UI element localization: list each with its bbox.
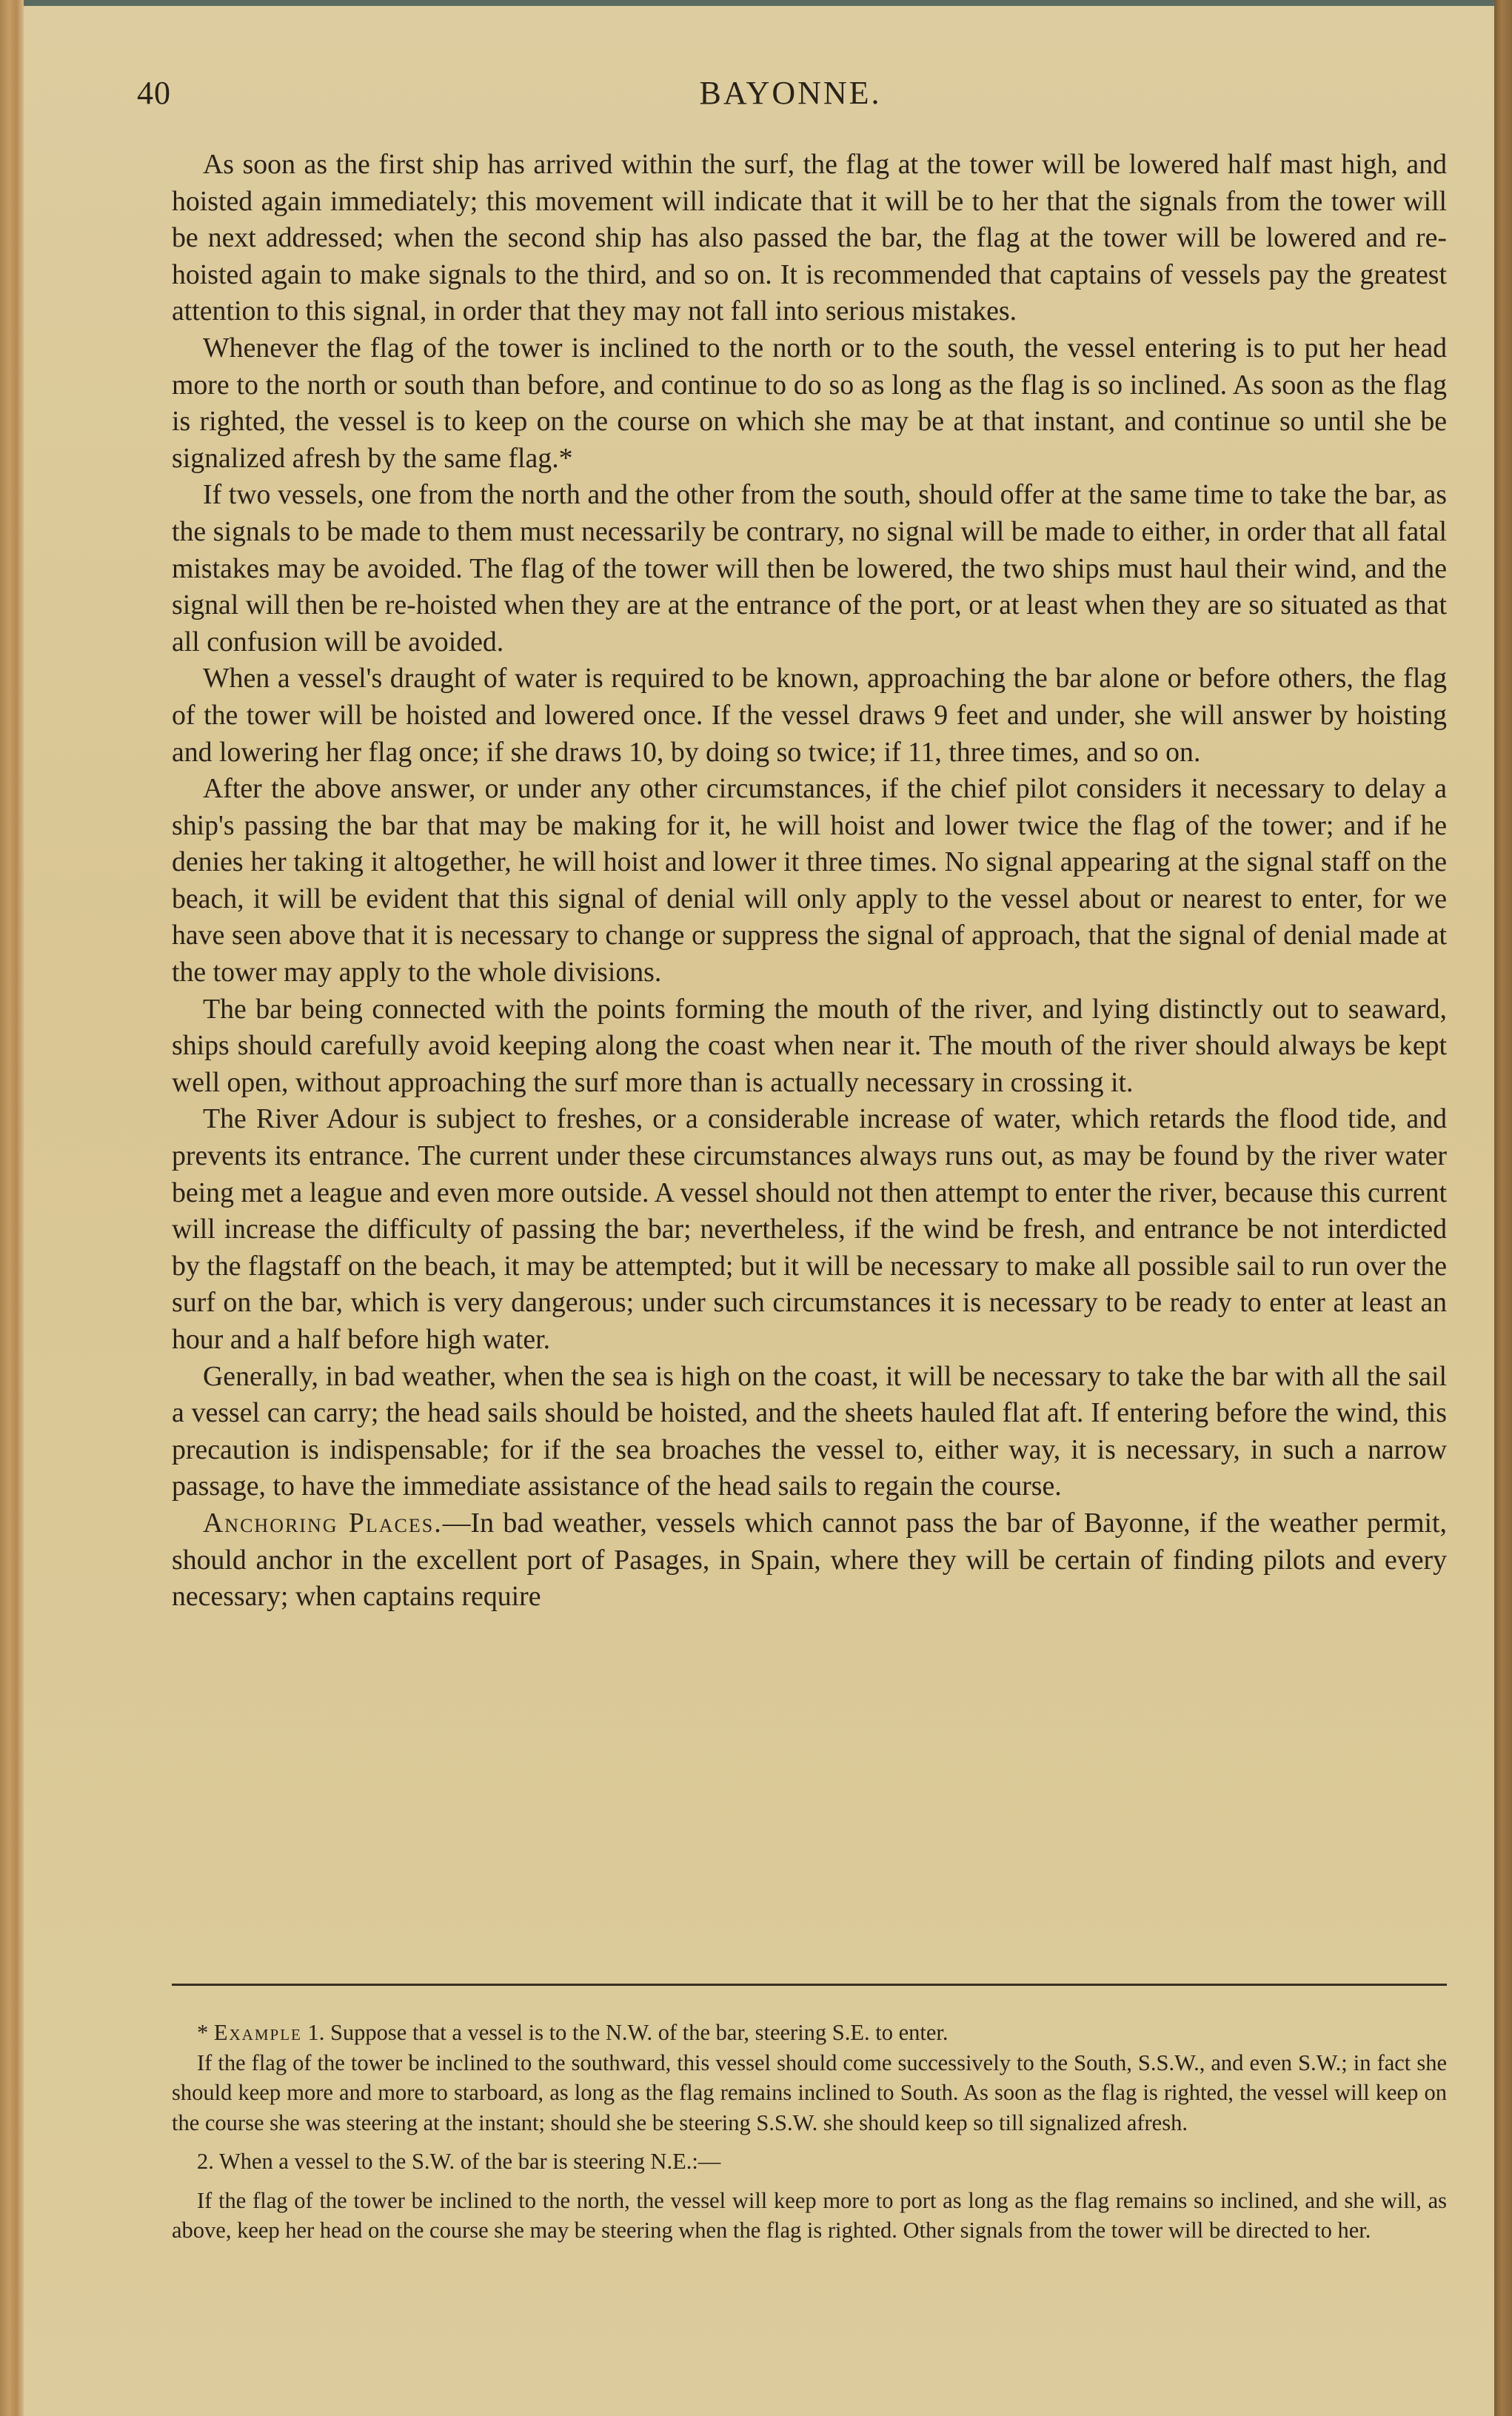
paragraph-two-vessels: If two vessels, one from the north and t… (172, 477, 1447, 660)
paragraph-bad-weather: Generally, in bad weather, when the sea … (172, 1359, 1447, 1505)
scan-top-edge (0, 0, 1512, 6)
footnote-marker: * (197, 2020, 214, 2045)
example-1-title-text: 1. Suppose that a vessel is to the N.W. … (302, 2020, 949, 2045)
footnote-example-2-title: 2. When a vessel to the S.W. of the bar … (172, 2146, 1447, 2177)
running-title: BAYONNE. (137, 74, 1444, 112)
example-label: Example (214, 2020, 302, 2045)
page-fore-edge (1494, 0, 1512, 2416)
paragraph-draught-signal: When a vessel's draught of water is requ… (172, 660, 1447, 771)
page-header: 40 BAYONNE. (137, 74, 1444, 118)
section-heading-anchoring-places: Anchoring Places. (203, 1508, 443, 1539)
paragraph-anchoring-places: Anchoring Places.—In bad weather, vessel… (172, 1505, 1447, 1616)
paragraph-first-ship-signal: As soon as the first ship has arrived wi… (172, 147, 1447, 330)
paragraph-signal-of-denial: After the above answer, or under any oth… (172, 771, 1447, 991)
footnote-divider (172, 1984, 1447, 1986)
footnote-example-2-text: If the flag of the tower be inclined to … (172, 2186, 1447, 2246)
body-text: As soon as the first ship has arrived wi… (172, 147, 1447, 1616)
footnote-example-1-title: * Example 1. Suppose that a vessel is to… (172, 2018, 1447, 2048)
book-spine-edge (0, 0, 24, 2416)
paragraph-river-adour: The River Adour is subject to freshes, o… (172, 1101, 1447, 1358)
footnotes: * Example 1. Suppose that a vessel is to… (172, 2018, 1447, 2246)
paragraph-bar-mouth: The bar being connected with the points … (172, 991, 1447, 1102)
paragraph-flag-inclined: Whenever the flag of the tower is inclin… (172, 330, 1447, 477)
footnote-example-1-text: If the flag of the tower be inclined to … (172, 2048, 1447, 2138)
